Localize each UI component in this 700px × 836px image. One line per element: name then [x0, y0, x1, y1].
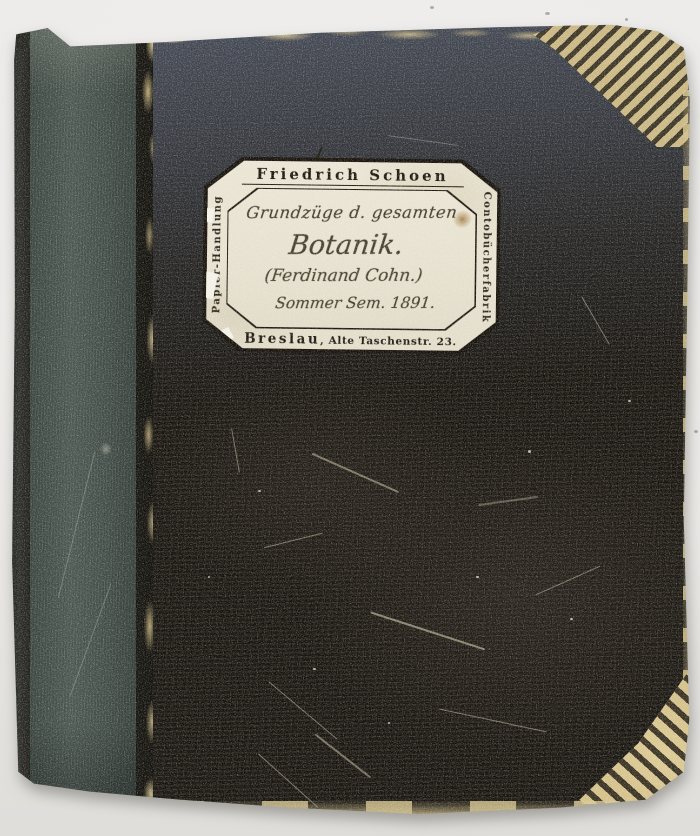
cloth-crease	[70, 583, 112, 696]
notebook-front-cover-photo: Friedrich Schoen Papier-Handlung Contobü…	[8, 20, 692, 818]
handwriting-line-2: Botanik.	[288, 228, 406, 261]
wear-right-edge	[683, 90, 692, 768]
paint-fleck	[476, 576, 479, 578]
wear-bottom-left	[28, 802, 148, 816]
handwriting-line-3: (Ferdinand Cohn.)	[263, 263, 424, 287]
label-address-line: Breslau, Alte Taschenstr. 23.	[205, 327, 495, 350]
cloth-spot	[98, 440, 114, 458]
paint-fleck	[528, 450, 531, 453]
background-speck	[545, 12, 550, 15]
label-city: Breslau	[244, 330, 320, 347]
cloth-crease	[58, 452, 95, 598]
background-speck	[694, 430, 698, 433]
paint-fleck	[628, 400, 631, 402]
label-side-text-left: Papier-Handlung	[208, 187, 227, 321]
label-paper-chip	[204, 207, 214, 222]
handwritten-title-block: Grundzüge d. gesamten Botanik. (Ferdinan…	[230, 200, 474, 329]
wear-bottom-edge	[158, 801, 686, 818]
label-publisher-name: Friedrich Schoen	[207, 164, 497, 186]
wear-top-edge	[148, 24, 562, 50]
paint-fleck	[313, 668, 316, 670]
handwriting-line-4: Sommer Sem. 1891.	[274, 291, 437, 313]
paint-fleck	[258, 490, 261, 492]
label-side-text-right: Contobücherfabrik	[477, 190, 496, 324]
book-board: Friedrich Schoen Papier-Handlung Contobü…	[8, 20, 692, 818]
background-speck	[430, 6, 434, 9]
spine-left-edge	[8, 20, 32, 818]
bookplate-label: Friedrich Schoen Papier-Handlung Contobü…	[202, 156, 501, 355]
label-paper: Friedrich Schoen Papier-Handlung Contobü…	[205, 160, 497, 352]
spine-cloth	[30, 20, 138, 818]
paint-fleck	[570, 618, 573, 620]
photo-background: Friedrich Schoen Papier-Handlung Contobü…	[0, 0, 700, 836]
paint-fleck	[388, 722, 390, 724]
paint-fleck	[208, 576, 210, 578]
handwriting-line-1: Grundzüge d. gesamten	[245, 201, 459, 223]
label-street-address: , Alte Taschenstr. 23.	[320, 334, 457, 348]
